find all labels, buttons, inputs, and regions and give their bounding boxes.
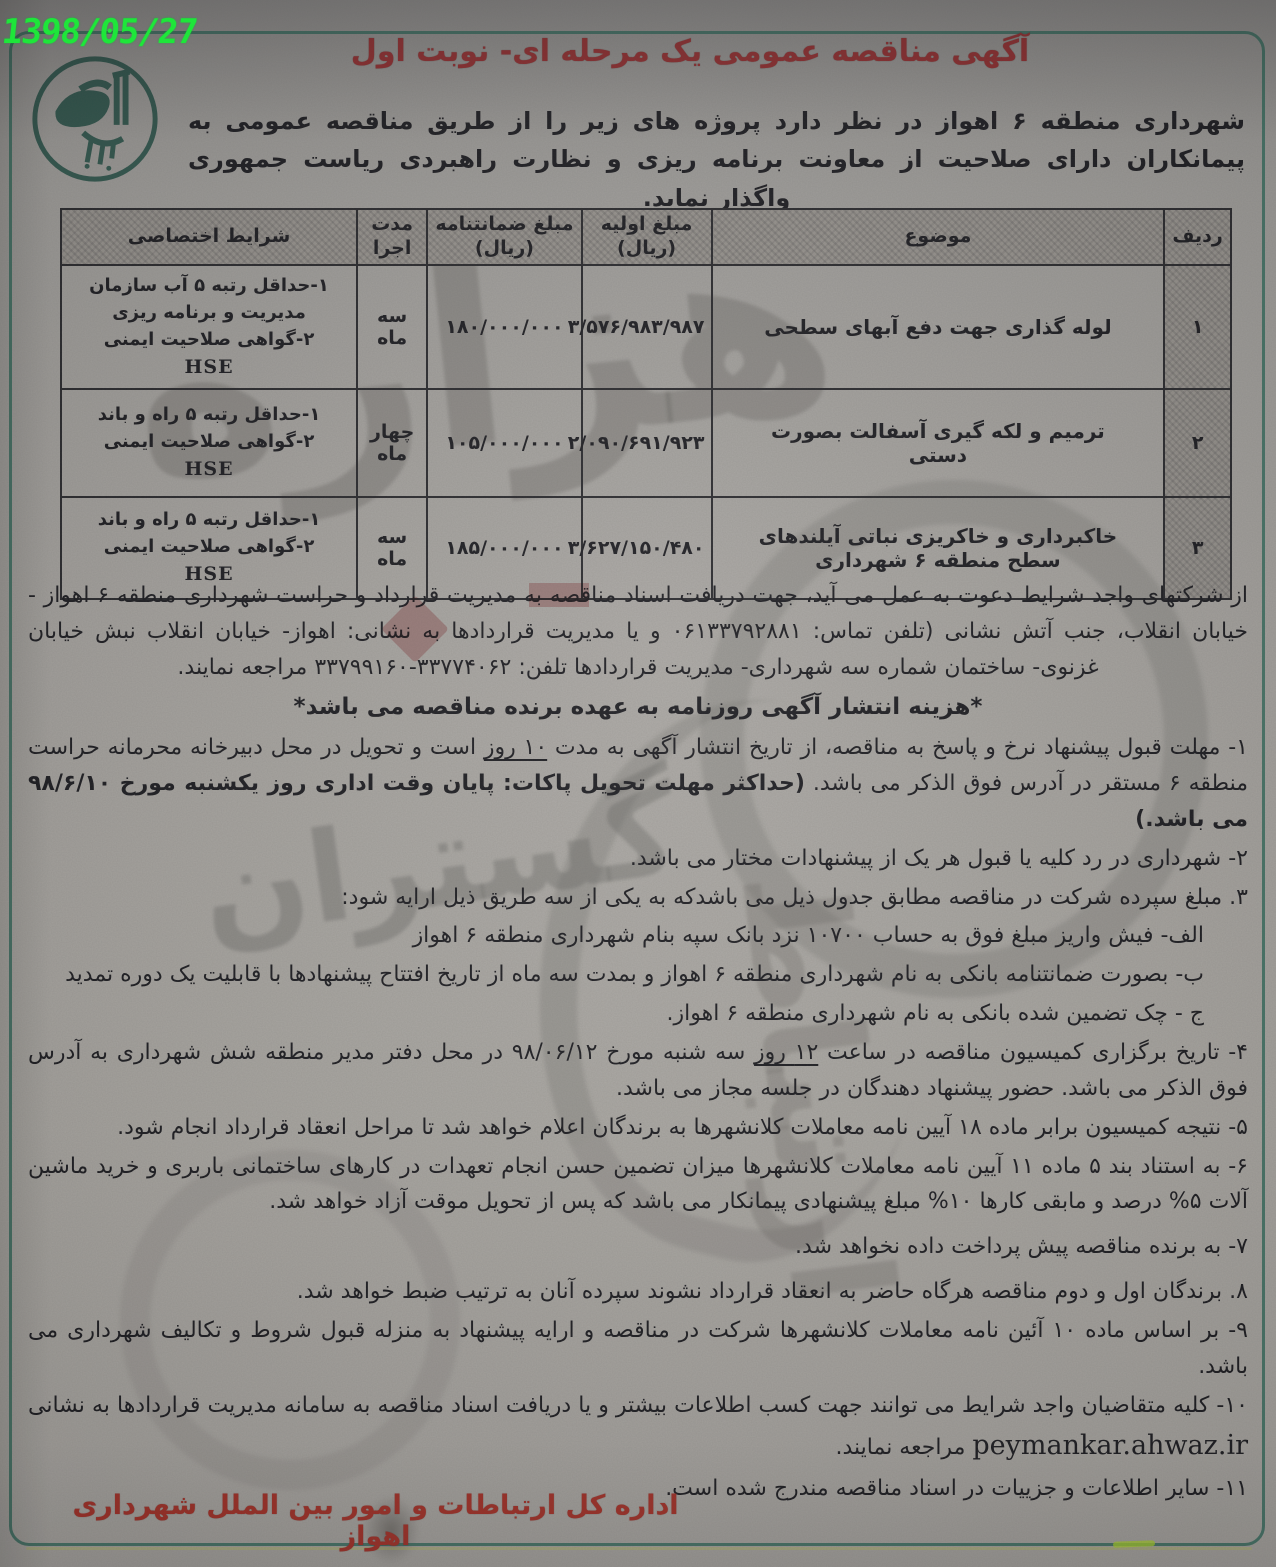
note-4-text: ۴- تاریخ برگزاری کمیسیون مناقصه در ساعت	[818, 1040, 1248, 1065]
contracts-portal-url: peymankar.ahwaz.ir	[972, 1430, 1248, 1461]
col-header-initial-amount: مبلغ اولیه (ریال)	[582, 209, 712, 265]
address-paragraph: از شرکتهای واجد شرایط دعوت به عمل می آید…	[28, 578, 1248, 686]
initial-amount-cell: ۳/۵۷۶/۹۸۳/۹۸۷	[582, 265, 712, 389]
tender-table: ردیف موضوع مبلغ اولیه (ریال) مبلغ ضمانتن…	[60, 208, 1232, 600]
note-10-text: ۱۰- کلیه متقاضیان واجد شرایط می توانند ج…	[28, 1393, 1248, 1418]
tender-note-4: ۴- تاریخ برگزاری کمیسیون مناقصه در ساعت …	[28, 1035, 1248, 1107]
tender-note-3a: الف- فیش واریز مبلغ فوق به حساب ۱۰۷۰۰ نز…	[28, 918, 1248, 954]
guarantee-amount-cell: ۱۰۵/۰۰۰/۰۰۰	[427, 389, 581, 497]
row-number-cell: ۱	[1164, 265, 1231, 389]
tender-note-3b: ب- بصورت ضمانتنامه بانکی به نام شهرداری …	[28, 957, 1248, 993]
col-header-guarantee-amount: مبلغ ضمانتنامه (ریال)	[427, 209, 581, 265]
tender-note-1: ۱- مهلت قبول پیشنهاد نرخ و پاسخ به مناقص…	[28, 730, 1248, 838]
ad-title: آگهی مناقصه عمومی یک مرحله ای- نوبت اول	[330, 34, 1050, 69]
col-header-row-number: ردیف	[1164, 209, 1231, 265]
tender-note-2: ۲- شهرداری در رد کلیه یا قبول هر یک از پ…	[28, 841, 1248, 877]
table-header-row: ردیف موضوع مبلغ اولیه (ریال) مبلغ ضمانتن…	[61, 209, 1231, 265]
ad-intro-paragraph: شهرداری منطقه ۶ اهواز در نظر دارد پروژه …	[188, 102, 1245, 217]
issuer-signature: اداره کل ارتباطات و امور بین الملل شهردا…	[38, 1490, 713, 1552]
note-1-text: ۱- مهلت قبول پیشنهاد نرخ و پاسخ به مناقص…	[547, 735, 1248, 760]
col-header-duration: مدت اجرا	[357, 209, 427, 265]
conditions-cell: ۱-حداقل رتبه ۵ راه و باند۲-گواهی صلاحیت …	[61, 389, 357, 497]
condition-line: ۲-گواهی صلاحیت ایمنی	[72, 428, 346, 455]
publication-cost-note: *هزینه انتشار آگهی روزنامه به عهده برنده…	[28, 689, 1248, 726]
row-number-cell: ۲	[1164, 389, 1231, 497]
col-header-subject: موضوع	[712, 209, 1165, 265]
table-row: ۱لوله گذاری جهت دفع آبهای سطحی۳/۵۷۶/۹۸۳/…	[61, 265, 1231, 389]
conditions-cell: ۱-حداقل رتبه ۵ آب سازمان مدیریت و برنامه…	[61, 265, 357, 389]
note-4-underlined-time: ۱۲ روز	[754, 1040, 818, 1065]
tender-note-8: ۸. برندگان اول و دوم مناقصه هرگاه حاضر ب…	[28, 1274, 1248, 1310]
condition-line: ۱-حداقل رتبه ۵ آب سازمان مدیریت و برنامه…	[72, 272, 346, 326]
duration-cell: سه ماه	[357, 265, 427, 389]
newspaper-tender-ad-page: هزاره گستران ارتباط 1398/05/27 آگهی مناق…	[0, 0, 1276, 1567]
guarantee-amount-cell: ۱۸۰/۰۰۰/۰۰۰	[427, 265, 581, 389]
ad-body: از شرکتهای واجد شرایط دعوت به عمل می آید…	[28, 578, 1248, 1509]
note-10-text: مراجعه نمایند.	[835, 1435, 972, 1460]
subject-cell: لوله گذاری جهت دفع آبهای سطحی	[712, 265, 1165, 389]
tender-note-6: ۶- به استناد بند ۵ ماده ۱۱ آیین نامه معا…	[28, 1149, 1248, 1221]
condition-line: ۲-گواهی صلاحیت ایمنی	[72, 533, 346, 560]
condition-line: ۱-حداقل رتبه ۵ راه و باند	[72, 506, 346, 533]
tender-table-body: ۱لوله گذاری جهت دفع آبهای سطحی۳/۵۷۶/۹۸۳/…	[61, 265, 1231, 599]
tender-table-wrapper: ردیف موضوع مبلغ اولیه (ریال) مبلغ ضمانتن…	[60, 208, 1232, 600]
tender-note-10: ۱۰- کلیه متقاضیان واجد شرایط می توانند ج…	[28, 1388, 1248, 1468]
scan-date-overlay: 1398/05/27	[0, 12, 199, 52]
tender-note-5: ۵- نتیجه کمیسیون برابر ماده ۱۸ آیین نامه…	[28, 1110, 1248, 1146]
condition-line: HSE	[72, 455, 346, 484]
condition-line: HSE	[72, 353, 346, 382]
condition-line: ۱-حداقل رتبه ۵ راه و باند	[72, 401, 346, 428]
table-row: ۲ترمیم و لکه گیری آسفالت بصورت دستی۲/۰۹۰…	[61, 389, 1231, 497]
tender-note-9: ۹- بر اساس ماده ۱۰ آئین نامه معاملات کلا…	[28, 1313, 1248, 1385]
note-1-underlined-duration: ۱۰ روز	[484, 735, 547, 760]
tender-note-3c: ج - چک تضمین شده بانکی به نام شهرداری من…	[28, 996, 1248, 1032]
initial-amount-cell: ۲/۰۹۰/۶۹۱/۹۲۳	[582, 389, 712, 497]
duration-cell: چهار ماه	[357, 389, 427, 497]
tender-note-3: ۳. مبلغ سپرده شرکت در مناقصه مطابق جدول …	[28, 880, 1248, 916]
municipality-stamp-icon	[26, 50, 164, 188]
condition-line: ۲-گواهی صلاحیت ایمنی	[72, 326, 346, 353]
col-header-conditions: شرایط اختصاصی	[61, 209, 357, 265]
tender-note-7: ۷- به برنده مناقصه پیش پرداخت داده نخواه…	[28, 1229, 1248, 1265]
subject-cell: ترمیم و لکه گیری آسفالت بصورت دستی	[712, 389, 1165, 497]
